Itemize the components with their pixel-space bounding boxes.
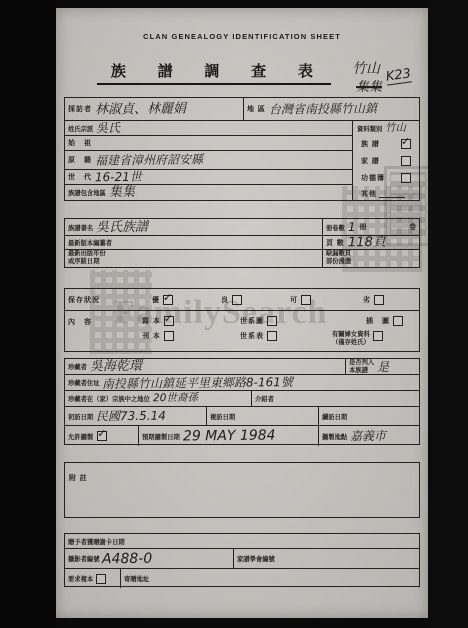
field-condition: 保存狀況 優 良 可 劣 — [65, 289, 419, 311]
handnote-crossed-out: 集集 — [356, 76, 382, 95]
thankyou-date-label: 贈予者獲贈謝卡日期 — [68, 537, 125, 546]
content-illustrations-checkbox — [393, 316, 403, 326]
doc-type-genealogy-label: 族 譜 — [361, 139, 380, 149]
form-title-english: CLAN GENEALOGY IDENTIFICATION SHEET — [56, 32, 428, 41]
first-visit-value: 民國73.5.14 — [96, 410, 166, 423]
field-follow-visit: 續訪日期 — [319, 407, 419, 425]
field-book-title: 族譜書名 吳氏族譜 — [65, 219, 322, 236]
surname-value: 吳氏 — [96, 122, 120, 134]
film-permit-label: 允許攝製 — [68, 432, 93, 441]
film-black-margin-left — [0, 0, 56, 628]
areas-included-value: 集集 — [109, 186, 135, 199]
field-copy-request: 要求複本 — [65, 569, 121, 588]
field-photographer-no: 攝影者編號 A488-0 — [65, 549, 234, 568]
condition-label: 保存狀況 — [68, 295, 120, 305]
content-manuscript-checkbox — [164, 316, 174, 326]
content-lineage-chart: 世系圖 — [240, 316, 318, 326]
content-women-data: 有關婦女資料 （僅存姓氏） — [332, 331, 383, 347]
field-thankyou-date: 贈予者獲贈謝卡日期 — [65, 534, 419, 549]
field-generations: 世 代 16-21世 — [65, 170, 352, 185]
field-owner-address: 珍藏者住址 南投縣竹山鎮延平里東鄉路8-161號 — [65, 375, 419, 391]
film-permit-checkbox — [97, 431, 107, 441]
doc-type-other-label: 其他 — [361, 189, 377, 199]
field-introducer: 介紹者 — [252, 391, 419, 406]
film-place-value: 嘉義市 — [350, 430, 386, 442]
condition-poor-checkbox — [374, 295, 384, 305]
photographer-no-value: A488-0 — [102, 551, 152, 566]
field-mail-address: 寄贈地址 — [121, 569, 419, 588]
section-condition-content: 保存狀況 優 良 可 劣 內 容 — [64, 288, 420, 352]
introducer-label: 介紹者 — [255, 394, 274, 403]
pages-label: 頁 數 — [326, 238, 345, 248]
doc-type-merit: 功德簿 — [357, 173, 415, 183]
area-value: 台灣省南投縣竹山鎮 — [269, 102, 377, 115]
condition-fair: 可 — [290, 295, 311, 305]
doc-type-family-label: 家 譜 — [361, 156, 380, 166]
field-film-place: 攝製地點 嘉義市 — [319, 426, 419, 446]
pages-value: 118頁 — [348, 236, 386, 249]
field-area: 地 區 台灣省南投縣竹山鎮 — [244, 98, 419, 120]
field-content: 內 容 寫 本 世系圖 插 圖 — [65, 311, 419, 353]
material-type-label: 資料類別 — [357, 124, 382, 133]
film-date-label: 預期攝製日期 — [142, 432, 180, 441]
section-admin: 贈予者獲贈謝卡日期 攝影者編號 A488-0 家譜學會編號 要求複本 — [64, 533, 420, 587]
follow-visit-label: 續訪日期 — [322, 412, 347, 421]
content-label: 內 容 — [68, 317, 120, 327]
handnote-place: 竹山 — [352, 58, 380, 78]
book-title-value: 吳氏族譜 — [96, 220, 148, 234]
owner-address-value: 南投縣竹山鎮延平里東鄉路8-161號 — [102, 376, 293, 390]
content-illustrations: 插 圖 — [366, 316, 403, 326]
surname-label: 姓氏宗派 — [68, 124, 93, 133]
field-surname: 姓氏宗派 吳氏 — [65, 121, 352, 136]
form-title-chinese: 族 譜 調 查 表 — [97, 60, 331, 85]
material-type-value: 竹山 — [385, 123, 406, 134]
field-society-no: 家譜學會編號 — [234, 549, 419, 568]
condition-excellent-checkbox — [163, 295, 173, 305]
other-blank-line — [379, 189, 405, 198]
section-book-info: 族譜書名 吳氏族譜 最新版本編纂者 最新出版年份 或序跋日期 — [64, 218, 420, 268]
first-ancestor-label: 始 祖 — [68, 138, 92, 148]
generations-value: 16-21世 — [95, 171, 142, 183]
mail-address-label: 寄贈地址 — [124, 574, 149, 583]
doc-type-family: 家 譜 — [357, 156, 415, 166]
missing-pages-label: 缺漏數頁 部份漫漶 — [326, 250, 351, 266]
film-place-label: 攝製地點 — [322, 432, 347, 441]
content-printed: 刊 本 — [142, 331, 214, 341]
copy-request-label: 要求複本 — [68, 574, 93, 583]
doc-type-other: 其他 — [357, 189, 415, 199]
section-owner-visits: 珍藏者 吳海乾環 是否列入 本族譜 是 珍藏者住址 南投縣竹山鎮延平里東鄉路8-… — [64, 358, 420, 445]
field-owner: 珍藏者 吳海乾環 — [65, 359, 346, 374]
field-missing-pages: 缺漏數頁 部份漫漶 — [323, 250, 419, 266]
interviewer-value: 林淑貞、林麗娟 — [95, 102, 186, 116]
volumes-label: 冊卷數 — [326, 223, 345, 232]
condition-good-checkbox — [232, 295, 242, 305]
content-lineage-table-checkbox — [267, 331, 277, 341]
field-first-ancestor: 始 祖 — [65, 136, 352, 151]
owner-position-label: 珍藏者在（家）宗族中之地位 — [68, 394, 150, 403]
field-original-home: 原 籍 福建省漳州府詔安縣 — [65, 151, 352, 170]
doc-type-merit-label: 功德簿 — [361, 173, 385, 183]
field-owner-position: 珍藏者在（家）宗族中之地位 20世裔孫 — [65, 391, 252, 406]
field-areas-included: 族譜包含地區 集集 — [65, 185, 352, 200]
field-interviewer: 採訪者 林淑貞、林麗娟 — [65, 98, 244, 120]
notes-label: 附 註 — [69, 474, 88, 482]
handnote-code: K23 — [385, 66, 412, 85]
field-in-genealogy: 是否列入 本族譜 是 — [346, 359, 419, 374]
section-identification: 採訪者 林淑貞、林麗娟 地 區 台灣省南投縣竹山鎮 姓氏宗派 吳氏 始 祖 — [64, 97, 420, 201]
field-film-permit: 允許攝製 — [65, 426, 139, 446]
volumes-unit2: 卷 — [409, 222, 417, 232]
doc-type-genealogy-checkbox — [401, 139, 411, 149]
society-no-label: 家譜學會編號 — [237, 554, 275, 563]
owner-label: 珍藏者 — [68, 362, 87, 371]
first-visit-label: 初訪日期 — [68, 412, 93, 421]
field-pub-year: 最新出版年份 或序跋日期 — [65, 250, 322, 266]
owner-value: 吳海乾環 — [90, 360, 142, 374]
material-type-box: 資料類別 竹山 族 譜 家 譜 功德簿 — [353, 121, 419, 200]
condition-good: 良 — [221, 295, 242, 305]
areas-included-label: 族譜包含地區 — [68, 188, 106, 197]
area-label: 地 區 — [247, 104, 266, 114]
interviewer-label: 採訪者 — [68, 104, 92, 114]
volumes-value: 1 — [348, 221, 356, 233]
photographer-no-label: 攝影者編號 — [68, 554, 99, 563]
genealogy-sheet: FamilySearch CLAN GENEALOGY IDENTIFICATI… — [56, 8, 428, 618]
pub-year-label: 最新出版年份 或序跋日期 — [68, 250, 106, 266]
generations-label: 世 代 — [68, 172, 92, 182]
owner-address-label: 珍藏者住址 — [68, 378, 99, 387]
content-lineage-table: 世系表 — [240, 331, 318, 341]
owner-position-value: 20世裔孫 — [153, 393, 198, 404]
original-home-value: 福建省漳州府詔安縣 — [95, 153, 203, 166]
volumes-unit1: 冊 — [360, 222, 368, 232]
content-printed-checkbox — [164, 331, 174, 341]
in-genealogy-label: 是否列入 本族譜 — [349, 359, 374, 373]
in-genealogy-value: 是 — [377, 360, 389, 372]
field-pages: 頁 數 118頁 — [323, 236, 419, 250]
field-volumes: 冊卷數 1 冊 卷 — [323, 219, 419, 236]
copy-request-checkbox — [96, 574, 106, 584]
condition-fair-checkbox — [301, 295, 311, 305]
microfilm-scan: FamilySearch CLAN GENEALOGY IDENTIFICATI… — [0, 0, 468, 628]
original-home-label: 原 籍 — [68, 155, 92, 165]
film-date-value: 29 MAY 1984 — [183, 429, 276, 444]
doc-type-merit-checkbox — [401, 173, 411, 183]
condition-excellent: 優 — [152, 295, 173, 305]
book-title-label: 族譜書名 — [68, 223, 93, 232]
field-compiler: 最新版本編纂者 — [65, 236, 322, 250]
field-first-visit: 初訪日期 民國73.5.14 — [65, 407, 207, 425]
compiler-label: 最新版本編纂者 — [68, 238, 112, 247]
content-lineage-chart-checkbox — [267, 316, 277, 326]
section-notes: 附 註 — [64, 462, 420, 518]
field-film-date: 預期攝製日期 29 MAY 1984 — [139, 426, 319, 446]
condition-poor: 劣 — [363, 295, 384, 305]
film-black-margin-right — [428, 0, 468, 628]
second-visit-label: 複訪日期 — [210, 412, 235, 421]
doc-type-family-checkbox — [401, 156, 411, 166]
field-second-visit: 複訪日期 — [207, 407, 319, 425]
content-manuscript: 寫 本 — [142, 316, 214, 326]
content-women-data-checkbox — [373, 331, 383, 341]
doc-type-genealogy: 族 譜 — [357, 139, 415, 149]
